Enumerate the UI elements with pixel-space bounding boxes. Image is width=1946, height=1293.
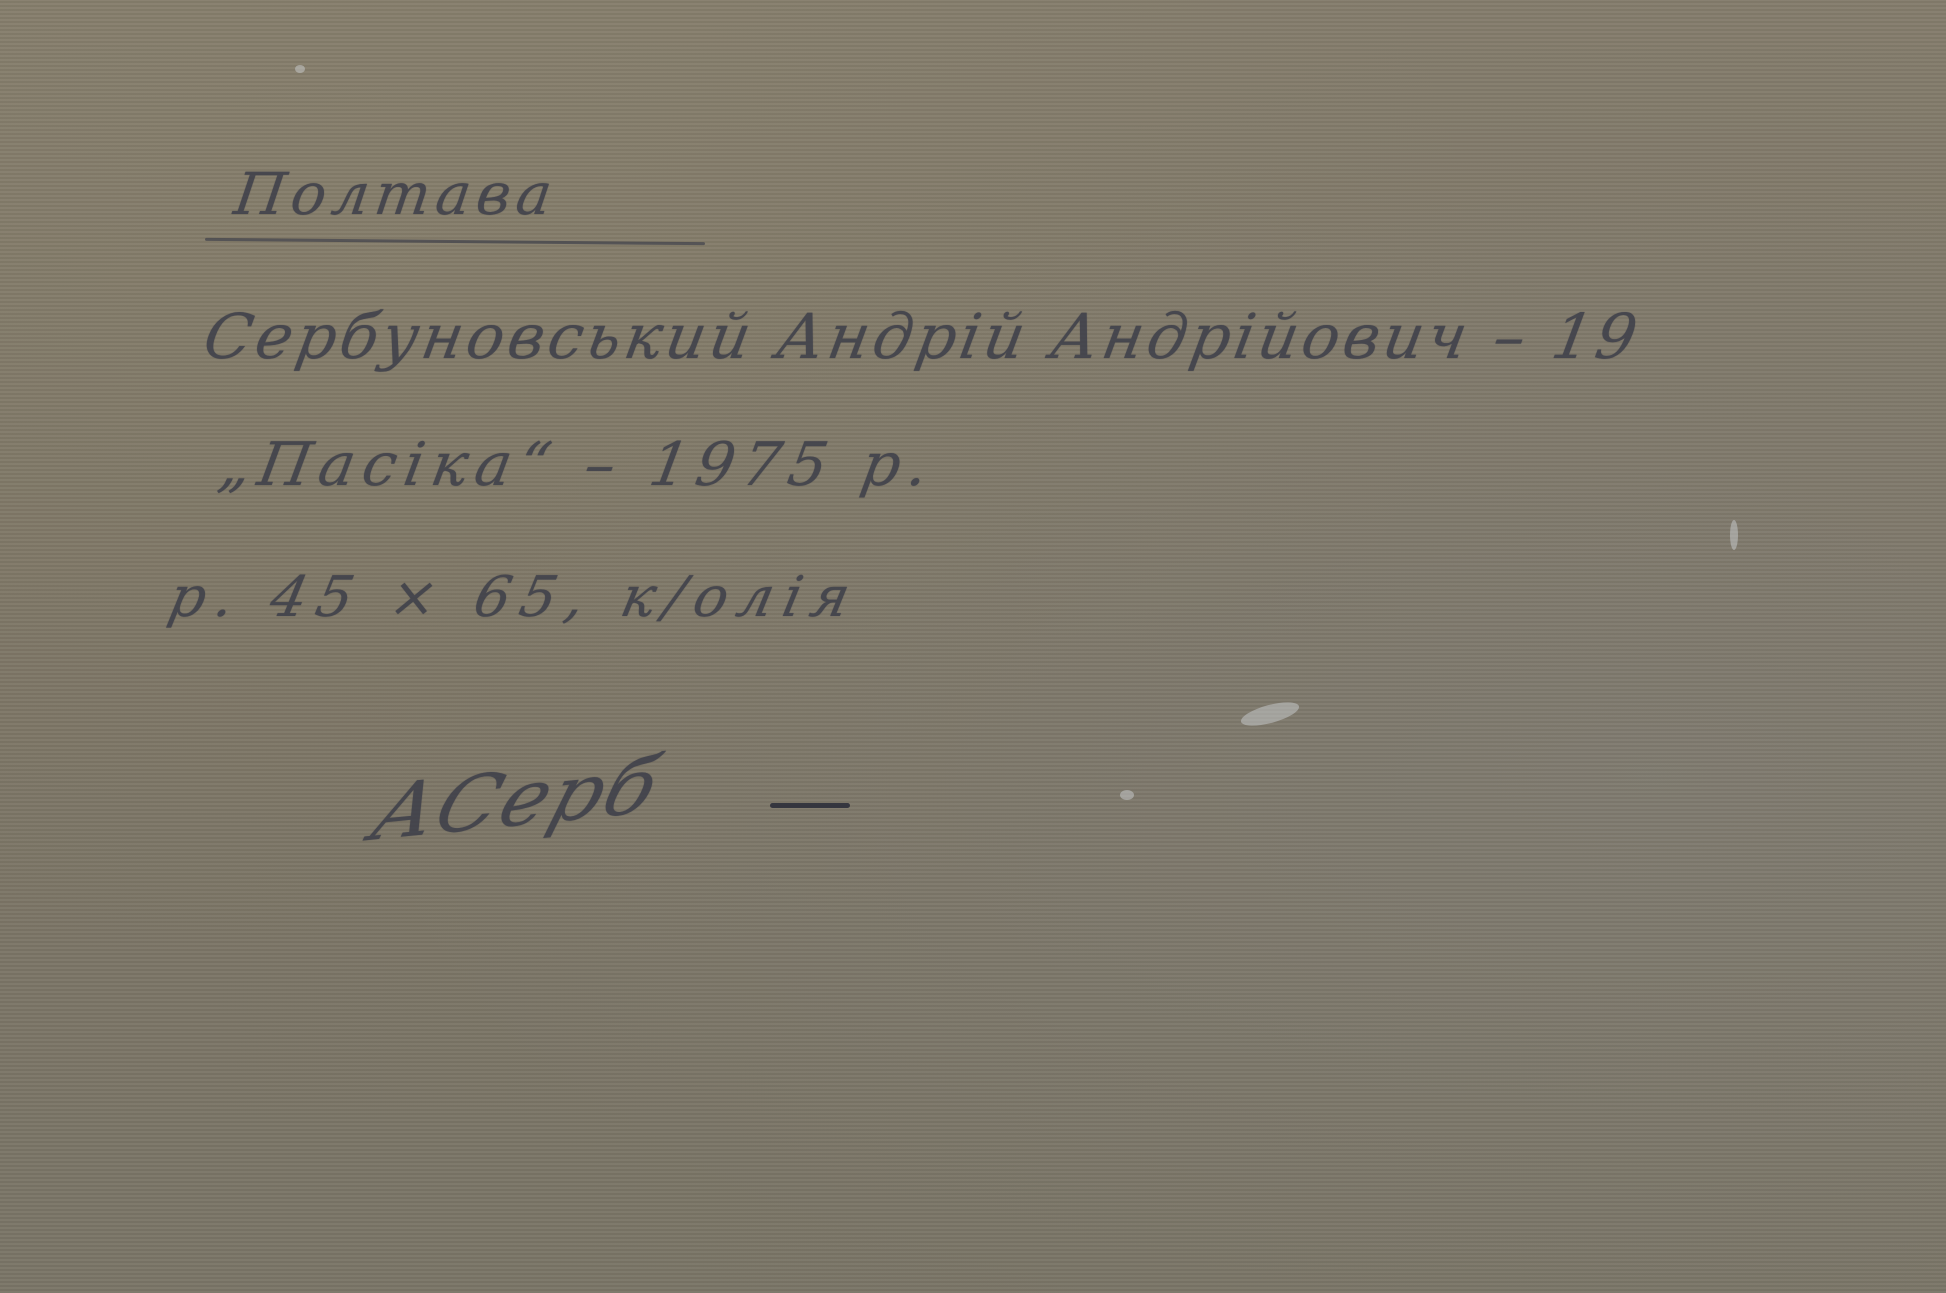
paper-speck — [1730, 520, 1738, 550]
inscription-painting-title: „Пасіка“ – 1975 р. — [214, 430, 942, 500]
inscription-heading-city: Полтава — [230, 160, 562, 228]
heading-underline — [205, 238, 705, 245]
paper-speck — [1239, 698, 1302, 731]
inscription-dimensions-medium: р. 45 × 65, к/олія — [163, 565, 866, 630]
inscription-artist-name: Сербуновський Андрій Андрійович – 19 — [199, 300, 1647, 373]
paper-speck — [1120, 790, 1134, 800]
signature-dash — [770, 803, 850, 808]
artist-signature: АСерб — [362, 741, 671, 859]
cardboard-backing: Полтава Сербуновський Андрій Андрійович … — [0, 0, 1946, 1293]
paper-speck — [295, 65, 305, 73]
